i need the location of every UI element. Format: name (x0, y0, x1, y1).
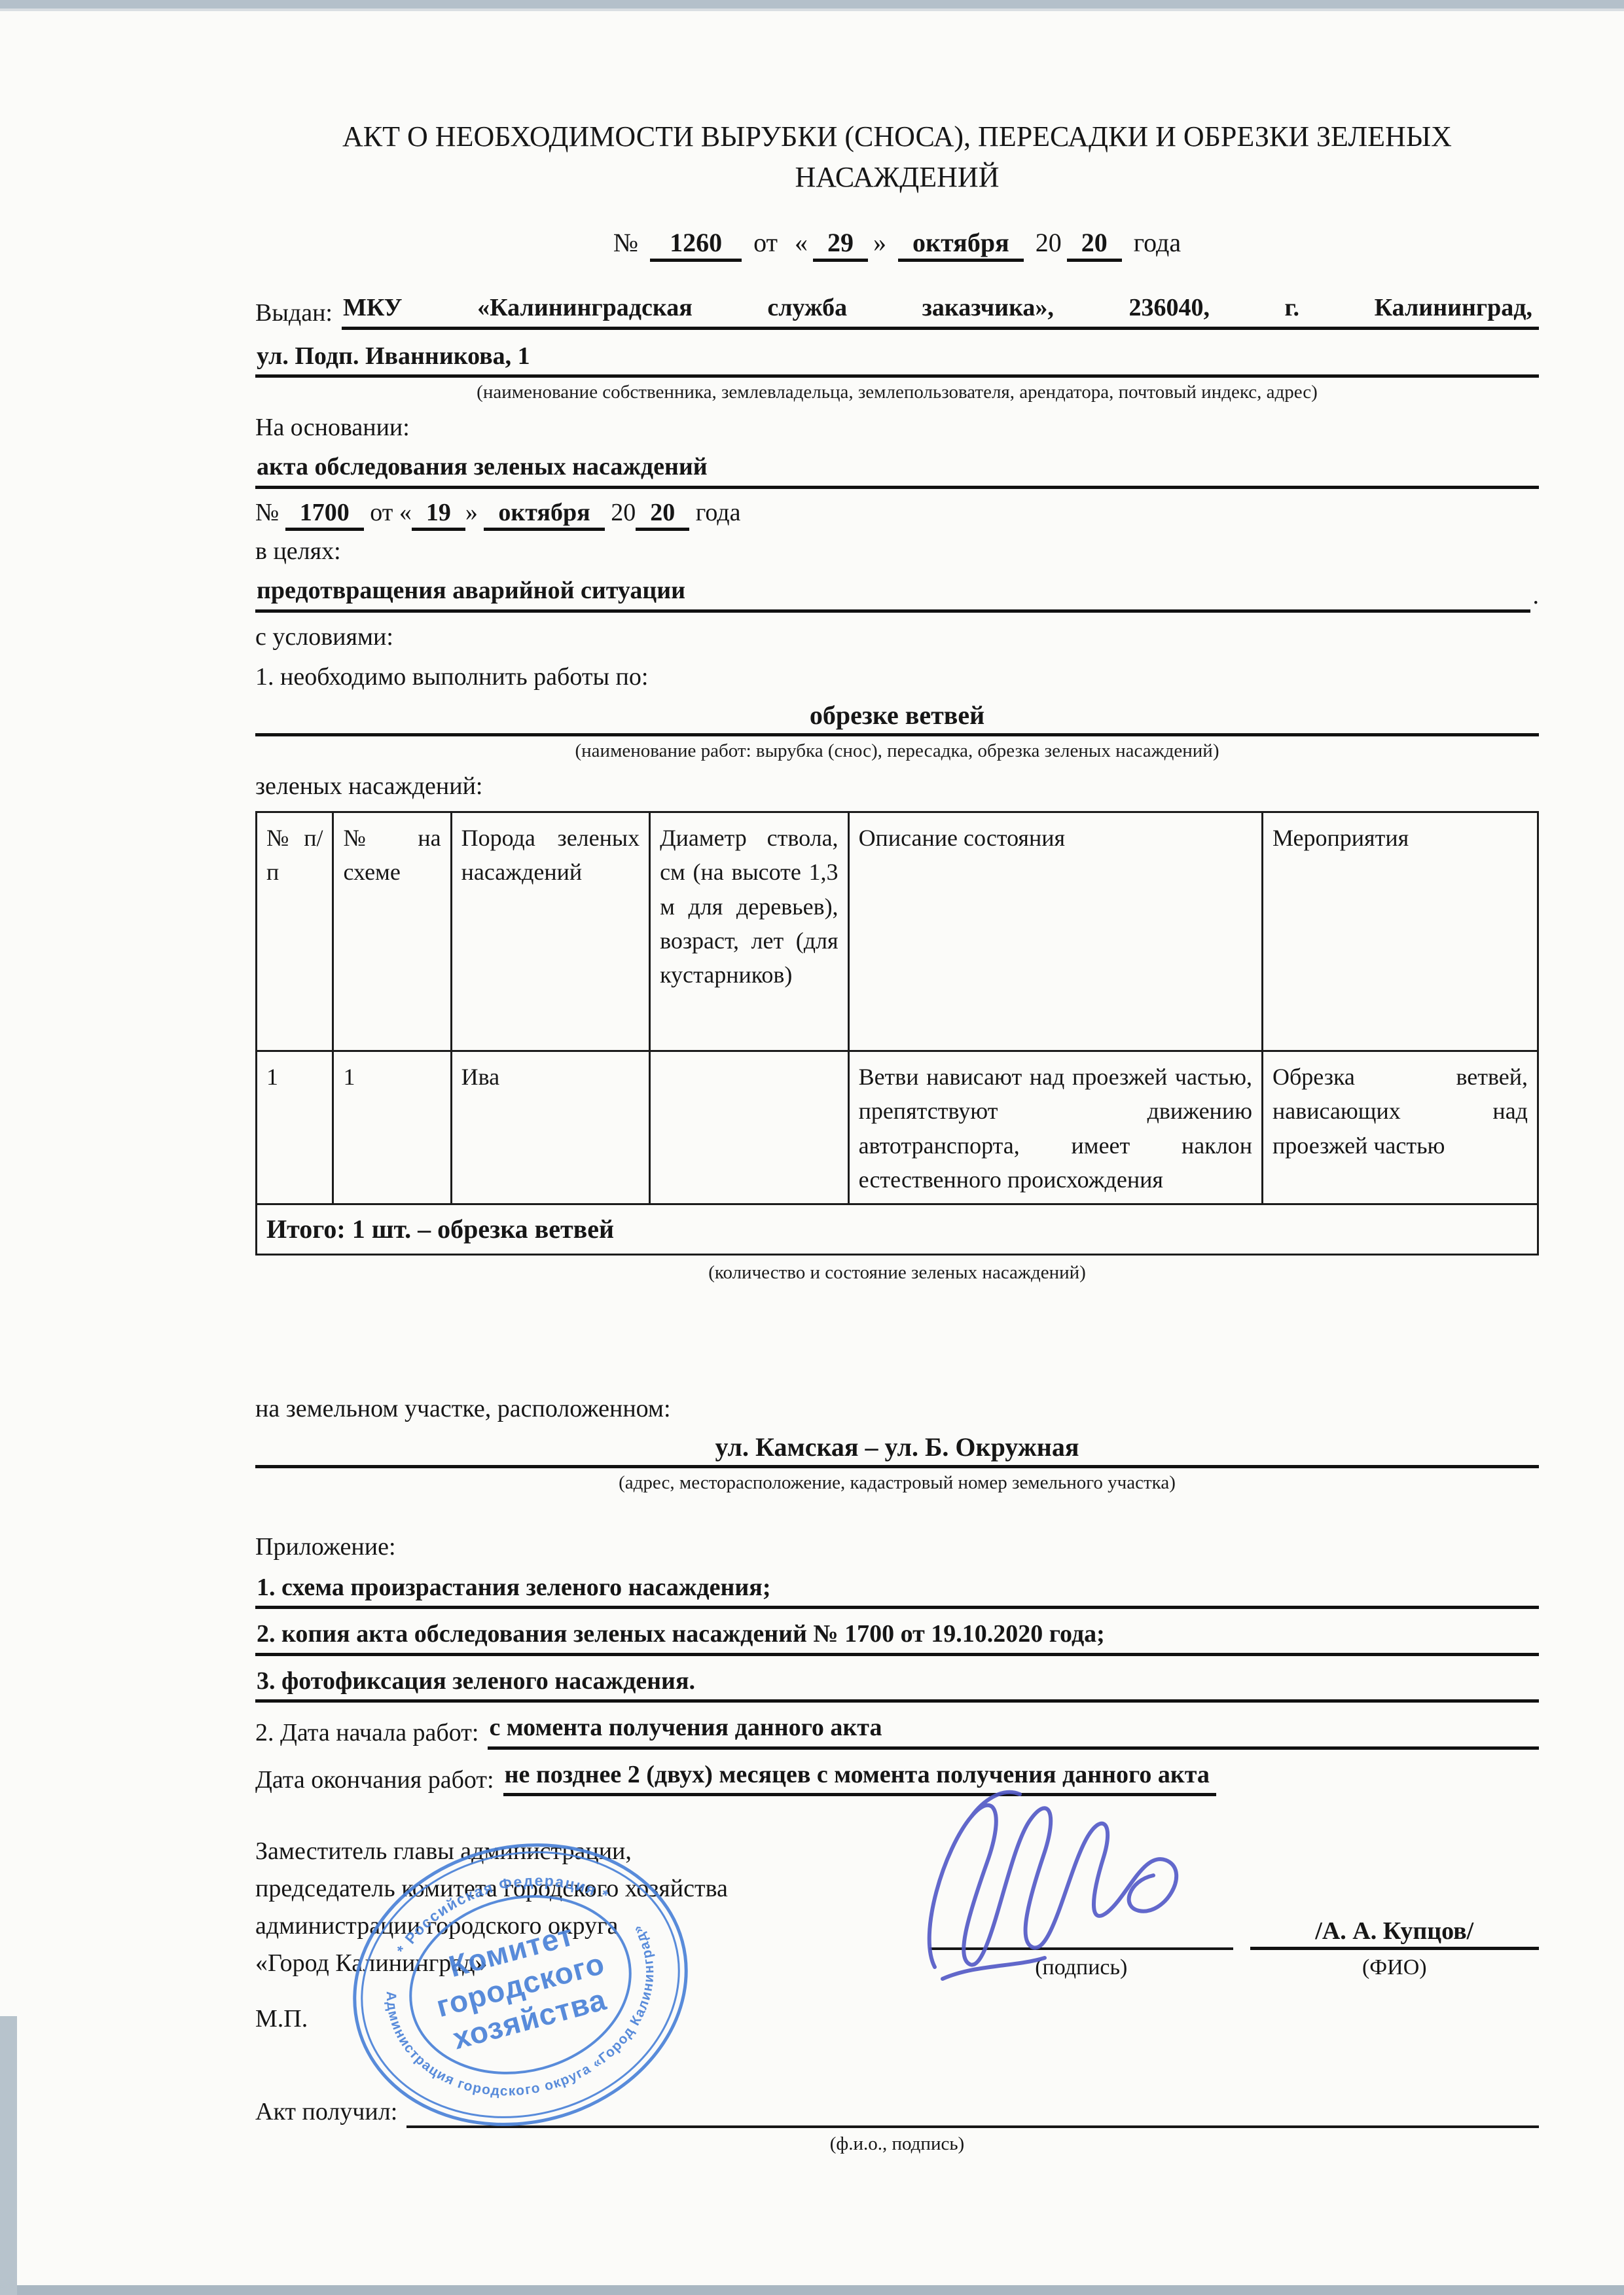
attachment-2-blank (1111, 1653, 1539, 1656)
act-quote-open: « (789, 228, 813, 257)
act-number-value: 1260 (650, 228, 742, 262)
basis-century: 20 (611, 499, 636, 526)
location-label: на земельном участке, расположенном: (255, 1394, 1539, 1425)
work-start-date-label: 2. Дата начала работ: (255, 1717, 488, 1749)
basis-blank-rest (714, 486, 1539, 489)
attachment-3-text: 3. фотофиксация зеленого насаждения. (255, 1665, 702, 1703)
signature-area: (подпись) /А. А. Купцов/ (ФИО) (929, 1833, 1539, 1982)
basis-day-value: 19 (412, 499, 465, 531)
issued-to-value-line1: МКУ «Калининградская служба заказчика», … (342, 292, 1539, 329)
plantings-table: № п/п № на схеме Порода зеленых насажден… (255, 811, 1539, 1256)
table-total: Итого: 1 шт. – обрезка ветвей (257, 1204, 1538, 1255)
basis-number-line: № 1700 от «19» октября 2020 года (255, 498, 1539, 527)
scan-edge-top-shadow (0, 9, 1624, 11)
scan-edge-left (0, 2016, 17, 2295)
act-year-value: 20 (1067, 228, 1122, 262)
attachment-item-2: 2. копия акта обследования зеленых насаж… (255, 1618, 1539, 1655)
conditions-label: с условиями: (255, 622, 1539, 653)
scanned-act-document: АКТ О НЕОБХОДИМОСТИ ВЫРУБКИ (СНОСА), ПЕР… (0, 0, 1624, 2295)
issued-to-line: Выдан: МКУ «Калининградская служба заказ… (255, 292, 1539, 329)
basis-line: акта обследования зеленых насаждений (255, 451, 1539, 488)
basis-year-label: года (696, 499, 741, 526)
act-quote-close: » (868, 228, 892, 257)
act-day-value: 29 (813, 228, 868, 262)
document-title: АКТ О НЕОБХОДИМОСТИ ВЫРУБКИ (СНОСА), ПЕР… (255, 117, 1539, 197)
basis-quote-close: » (465, 499, 478, 526)
signer-name-caption: (ФИО) (1250, 1955, 1539, 1980)
attachment-3-blank (702, 1699, 1539, 1703)
purpose-label: в целях: (255, 536, 1539, 568)
issued-to-line2: ул. Подп. Иванникова, 1 (255, 340, 1539, 378)
table-total-row: Итого: 1 шт. – обрезка ветвей (257, 1204, 1538, 1255)
table-header-condition: Описание состояния (848, 812, 1262, 1051)
table-cell-condition: Ветви нависают над проезжей частью, преп… (848, 1051, 1262, 1204)
attachment-item-1: 1. схема произрастания зеленого насажден… (255, 1572, 1539, 1609)
table-header-species: Порода зеленых насаждений (451, 812, 649, 1051)
table-header-measures: Мероприятия (1262, 812, 1538, 1051)
scan-edge-bottom (0, 2285, 1624, 2295)
table-header-row: № п/п № на схеме Порода зеленых насажден… (257, 812, 1538, 1051)
work-end-date-line: Дата окончания работ: не позднее 2 (двух… (255, 1759, 1539, 1796)
attachments-label: Приложение: (255, 1532, 1539, 1563)
scan-edge-top (0, 0, 1624, 9)
table-cell-measures: Обрезка ветвей, нависающих над проезжей … (1262, 1051, 1538, 1204)
table-caption: (количество и состояние зеленых насажден… (255, 1262, 1539, 1284)
work-type-value: обрезке ветвей (810, 700, 984, 730)
signer-name: /А. А. Купцов/ (1250, 1917, 1539, 1950)
round-stamp: * Российская Федерация * Администрация г… (327, 1828, 713, 2142)
basis-number-sign: № (255, 499, 279, 526)
work-type-caption: (наименование работ: вырубка (снос), пер… (255, 740, 1539, 762)
attachment-1-blank (777, 1606, 1539, 1609)
attachment-1-text: 1. схема произрастания зеленого насажден… (255, 1572, 777, 1609)
basis-value: акта обследования зеленых насаждений (255, 451, 714, 488)
issued-to-label: Выдан: (255, 297, 342, 329)
work-start-date-blank (888, 1746, 1539, 1750)
issued-to-caption: (наименование собственника, землевладель… (255, 382, 1539, 403)
attachment-item-3: 3. фотофиксация зеленого насаждения. (255, 1665, 1539, 1703)
act-number-sign: № (608, 228, 643, 257)
handwritten-signature (903, 1771, 1270, 2006)
purpose-line: предотвращения аварийной ситуации . (255, 575, 1539, 612)
table-cell-num: 1 (257, 1051, 333, 1204)
work-suffix: зеленых насаждений: (255, 771, 1539, 803)
table-cell-diameter (650, 1051, 848, 1204)
work-end-date-label: Дата окончания работ: (255, 1764, 503, 1796)
location-caption: (адрес, месторасположение, кадастровый н… (255, 1472, 1539, 1494)
basis-month-value: октября (484, 499, 604, 531)
basis-number-value: 1700 (285, 499, 364, 531)
signer-name-column: /А. А. Купцов/ (ФИО) (1250, 1917, 1539, 1980)
act-century: 20 (1030, 228, 1067, 257)
work-intro: 1. необходимо выполнить работы по: (255, 662, 1539, 693)
table-cell-scheme-num: 1 (333, 1051, 451, 1204)
attachment-2-text: 2. копия акта обследования зеленых насаж… (255, 1618, 1111, 1655)
table-header-scheme-num: № на схеме (333, 812, 451, 1051)
location-value: ул. Камская – ул. Б. Окружная (715, 1432, 1079, 1462)
basis-from-label: от (370, 499, 393, 526)
act-from-label: от (748, 228, 783, 257)
work-start-date-value: с момента получения данного акта (488, 1712, 888, 1749)
work-type-line: обрезке ветвей (255, 700, 1539, 736)
location-line: ул. Камская – ул. Б. Окружная (255, 1432, 1539, 1468)
purpose-period: . (1530, 580, 1540, 612)
document-title-line1: АКТ О НЕОБХОДИМОСТИ ВЫРУБКИ (СНОСА), ПЕР… (342, 120, 1452, 153)
issued-to-value-line2: ул. Подп. Иванникова, 1 (255, 340, 537, 378)
basis-quote-open: « (399, 499, 412, 526)
act-month-value: октября (898, 228, 1024, 262)
issued-to-blank-rest (537, 374, 1539, 378)
table-header-num: № п/п (257, 812, 333, 1051)
basis-label: На основании: (255, 412, 1539, 444)
act-number-line: № 1260 от «29» октября 2020 года (255, 227, 1539, 258)
act-year-label: года (1128, 228, 1186, 257)
table-header-diameter: Диаметр ствола, см (на высоте 1,3 м для … (650, 812, 848, 1051)
table-row: 1 1 Ива Ветви нависают над проезжей част… (257, 1051, 1538, 1204)
basis-year-value: 20 (636, 499, 689, 531)
purpose-value: предотвращения аварийной ситуации (255, 575, 692, 612)
table-cell-species: Ива (451, 1051, 649, 1204)
work-start-date-line: 2. Дата начала работ: с момента получени… (255, 1712, 1539, 1749)
document-title-line2: НАСАЖДЕНИЙ (795, 161, 1000, 193)
purpose-blank-rest (692, 609, 1530, 613)
